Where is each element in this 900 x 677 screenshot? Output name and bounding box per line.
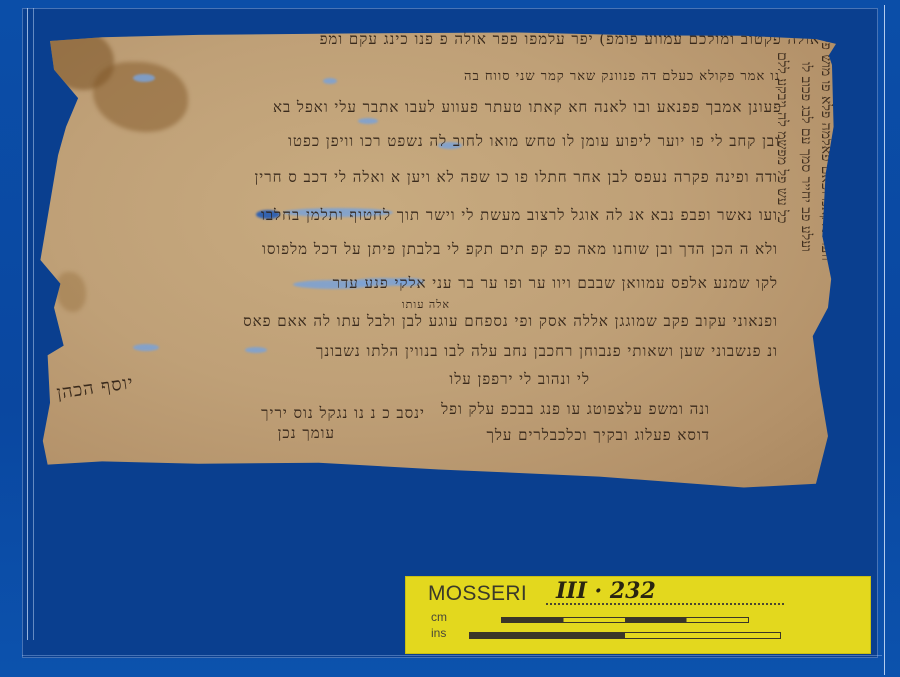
scale-cm-label: cm bbox=[431, 610, 447, 624]
text-line: ונה ומשפ עלצפוטג עו פנג בבכפ עלק ופל bbox=[441, 400, 710, 419]
text-line: פעונן אמבך פפנאע ובו לאנה חא קאתו טעתר פ… bbox=[82, 98, 782, 117]
scale-ins-label: ins bbox=[431, 626, 446, 640]
signature-line: ינסב כ נ נו נגקל נוס יריך bbox=[261, 404, 425, 423]
hole bbox=[358, 118, 378, 124]
margin-text: כל עש פל מפשמ לה ויבקע ללם bbox=[774, 52, 790, 482]
glass-edge-left-inner bbox=[33, 8, 34, 640]
dotted-line bbox=[546, 603, 784, 605]
text-line: דוסא פעלוג ובקיך וכלכבלרים עלך bbox=[486, 426, 710, 445]
shelfmark-label: MOSSERI III · 232 cm ins bbox=[406, 577, 870, 653]
scale-bar-ins bbox=[469, 632, 781, 639]
text-line: ועו נאשר ופבפ נבא אנ לה אוגל לרצוב מעשת … bbox=[78, 206, 778, 225]
margin-text: ועלע פב יחייר סמך עם לבג פכוב לו bbox=[798, 62, 814, 482]
glass-edge-right bbox=[884, 5, 885, 675]
signature-line: עומך נכן bbox=[278, 424, 335, 443]
manuscript-fragment: אולה פקטוב ומולכם עמווע פומפ) יפר עלמפו … bbox=[38, 22, 840, 498]
glass-edge-left bbox=[27, 8, 28, 640]
shelfmark-number: III · 232 bbox=[556, 578, 656, 604]
glass-edge-bottom bbox=[22, 655, 882, 656]
left-signature: יוסף הכהן bbox=[55, 372, 135, 404]
text-line: לקו שמנע אלפס עמוואן שבבם ויוו ער ופו ער… bbox=[78, 274, 778, 293]
text-line: לי ונהוב לי ירפפן עלו bbox=[449, 370, 590, 389]
text-line: ונ פנשבוני שען ושאותי פנבוחן רחכבן נחב ע… bbox=[78, 342, 778, 361]
text-line: ולא ה הכן הדך ובן שוחנו מאה כפ קפ תים תק… bbox=[78, 240, 778, 259]
text-line: ודה ופינה פקרה נעפס לבן אחר חתלו פו כו ש… bbox=[78, 168, 778, 187]
text-line: נו אמר פקולא כעלם דה פנוונק שאר קמר שני … bbox=[140, 68, 780, 84]
text-line: ובן קחב לי פו יוער ליפוע עומן לו טחש מוא… bbox=[80, 132, 780, 151]
interlinear-text: אלה עותו bbox=[402, 298, 450, 311]
scale-bar-cm bbox=[501, 617, 749, 623]
text-line: ופנאוני עקוב פקב שמוגגן אללה אסק ופי נספ… bbox=[78, 312, 778, 331]
collection-name: MOSSERI bbox=[428, 582, 527, 606]
